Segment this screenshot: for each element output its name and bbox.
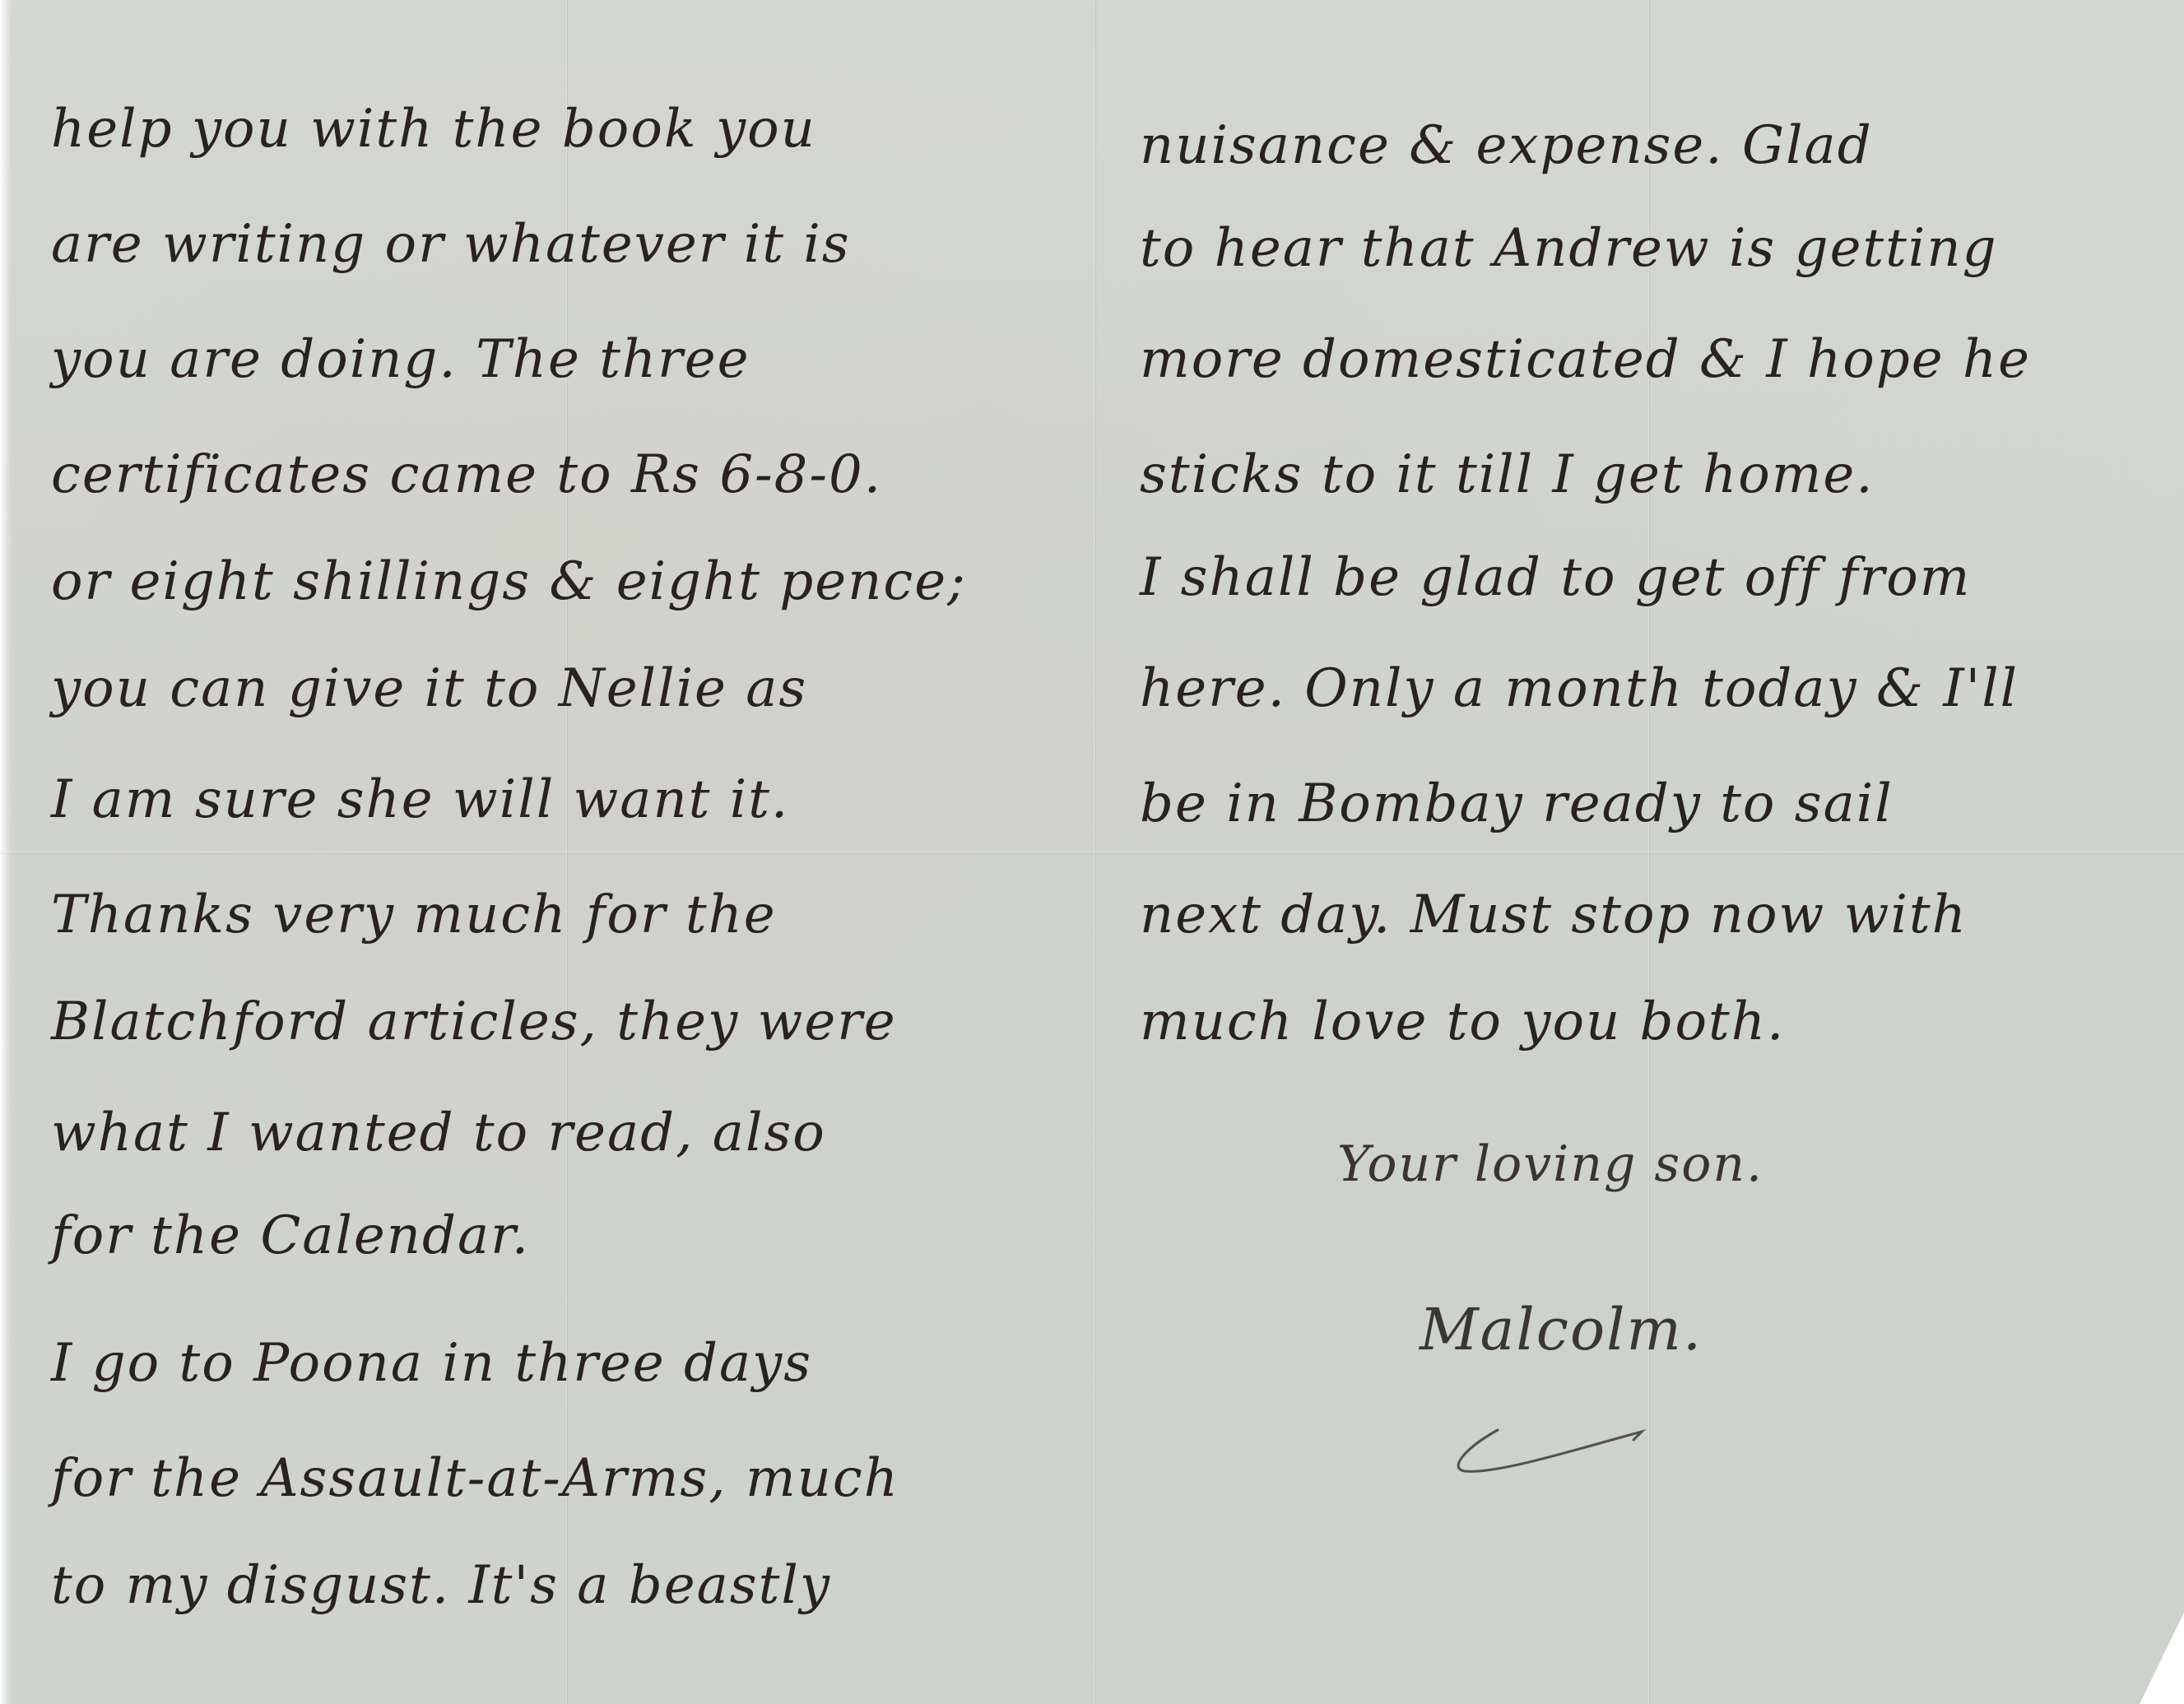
letter-line: to hear that Andrew is getting <box>1140 218 1998 279</box>
letter-line: be in Bombay ready to sail <box>1140 773 1894 834</box>
letter-line: Thanks very much for the <box>51 885 777 945</box>
letter-line: I go to Poona in three days <box>51 1333 812 1394</box>
letter-line: are writing or whatever it is <box>51 214 851 275</box>
letter-page: help you with the book you are writing o… <box>0 0 2184 1704</box>
fold-crease-horizontal <box>0 852 2184 854</box>
letter-line: here. Only a month today & I'll <box>1140 658 2019 719</box>
letter-line: to my disgust. It's a beastly <box>51 1555 831 1616</box>
signature-flourish-icon <box>1448 1423 1662 1489</box>
letter-line: certificates came to Rs 6-8-0. <box>51 444 882 505</box>
letter-line: more domesticated & I hope he <box>1140 329 2031 390</box>
letter-line: for the Assault-at-Arms, much <box>51 1448 899 1509</box>
letter-line: or eight shillings & eight pence; <box>51 551 967 612</box>
letter-line: you are doing. The three <box>51 329 750 390</box>
letter-line: help you with the book you <box>51 99 816 160</box>
letter-line: Blatchford articles, they were <box>51 991 897 1052</box>
letter-line: what I wanted to read, also <box>51 1103 826 1163</box>
letter-line: nuisance & expense. Glad <box>1140 115 1873 176</box>
letter-line: I am sure she will want it. <box>51 769 789 830</box>
letter-line: for the Calendar. <box>51 1205 530 1266</box>
letter-line: you can give it to Nellie as <box>51 658 807 719</box>
letter-line: next day. Must stop now with <box>1140 885 1968 945</box>
letter-line: sticks to it till I get home. <box>1140 444 1875 505</box>
letter-line: much love to you both. <box>1140 991 1785 1052</box>
letter-line: I shall be glad to get off from <box>1140 547 1971 608</box>
letter-signature: Malcolm. <box>1420 1296 1703 1363</box>
letter-closing: Your loving son. <box>1337 1135 1763 1193</box>
